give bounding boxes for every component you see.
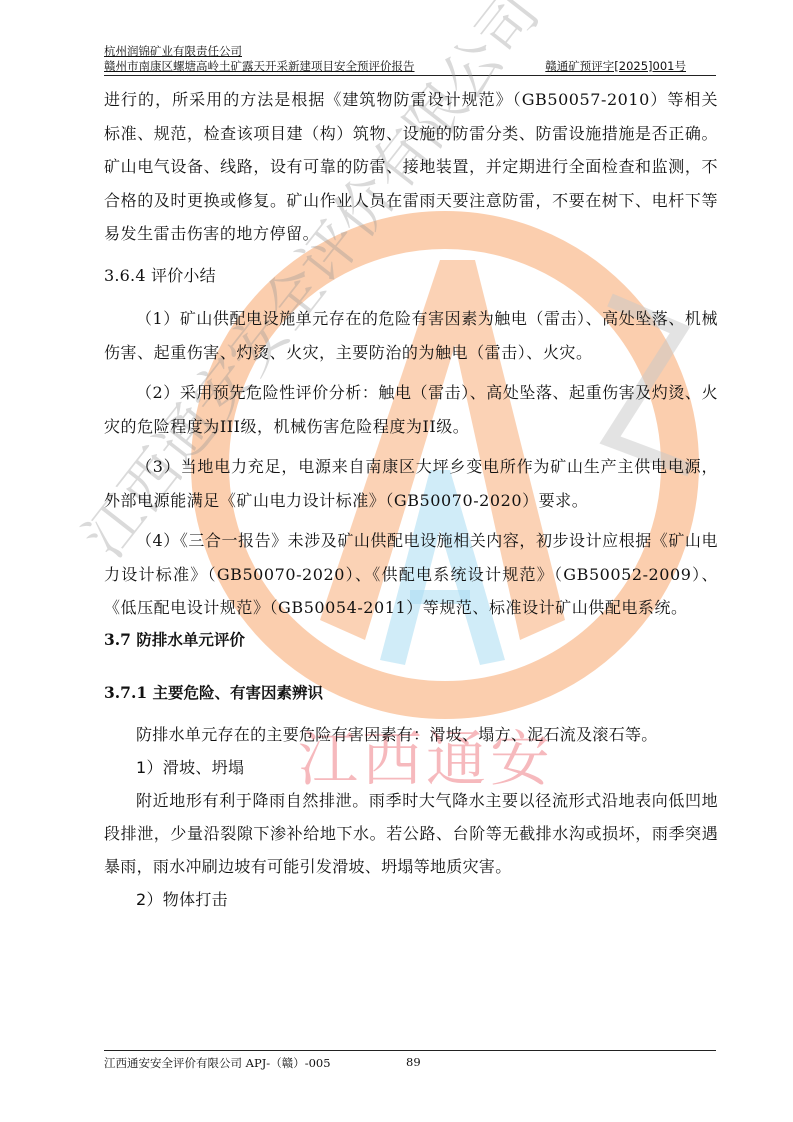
header-report-title: 赣州市南康区螺塘高岭土矿露天开采新建项目安全预评价报告 [104, 59, 415, 74]
subsection-1-text: 附近地形有利于降雨自然排泄。雨季时大气降水主要以径流形式沿地表向低凹地段排泄，少… [104, 784, 718, 883]
summary-item-4: （4）《三合一报告》未涉及矿山供配电设施相关内容，初步设计应根据《矿山电力设计标… [104, 524, 718, 625]
header-company: 杭州润锦矿业有限责任公司 [104, 44, 242, 59]
document-body: 进行的，所采用的方法是根据《建筑物防雷设计规范》（GB50057-2010）等相… [104, 83, 718, 916]
section-3-7-heading: 3.7 防排水单元评价 [104, 625, 718, 655]
footer-organization: 江西通安安全评价有限公司 APJ-（赣）-005 [104, 1056, 331, 1070]
subsection-1-title: 1）滑坡、坍塌 [104, 751, 718, 784]
summary-item-1: （1）矿山供配电设施单元存在的危险有害因素为触电（雷击）、高处坠落、机械伤害、起… [104, 302, 718, 369]
section-3-7-1-heading: 3.7.1 主要危险、有害因素辨识 [104, 678, 718, 708]
summary-item-3: （3）当地电力充足，电源来自南康区大坪乡变电所作为矿山生产主供电电源，外部电源能… [104, 450, 718, 517]
page-header: 杭州润锦矿业有限责任公司 赣州市南康区螺塘高岭土矿露天开采新建项目安全预评价报告… [104, 44, 716, 76]
page-footer: 江西通安安全评价有限公司 APJ-（赣）-005 89 [104, 1050, 716, 1071]
header-doc-number: 赣通矿预评字[2025]001号 [545, 59, 686, 74]
document-page: 杭州润锦矿业有限责任公司 赣州市南康区螺塘高岭土矿露天开采新建项目安全预评价报告… [0, 0, 793, 1122]
page-number: 89 [406, 1055, 421, 1069]
section-3-6-4-heading: 3.6.4 评价小结 [104, 259, 718, 293]
hazards-intro: 防排水单元存在的主要危险有害因素有：滑坡、塌方、泥石流及滚石等。 [104, 718, 718, 751]
summary-item-2: （2）采用预先危险性评价分析：触电（雷击）、高处坠落、起重伤害及灼烫、火灾的危险… [104, 376, 718, 443]
subsection-2-title: 2）物体打击 [104, 883, 718, 916]
intro-paragraph: 进行的，所采用的方法是根据《建筑物防雷设计规范》（GB50057-2010）等相… [104, 83, 718, 251]
